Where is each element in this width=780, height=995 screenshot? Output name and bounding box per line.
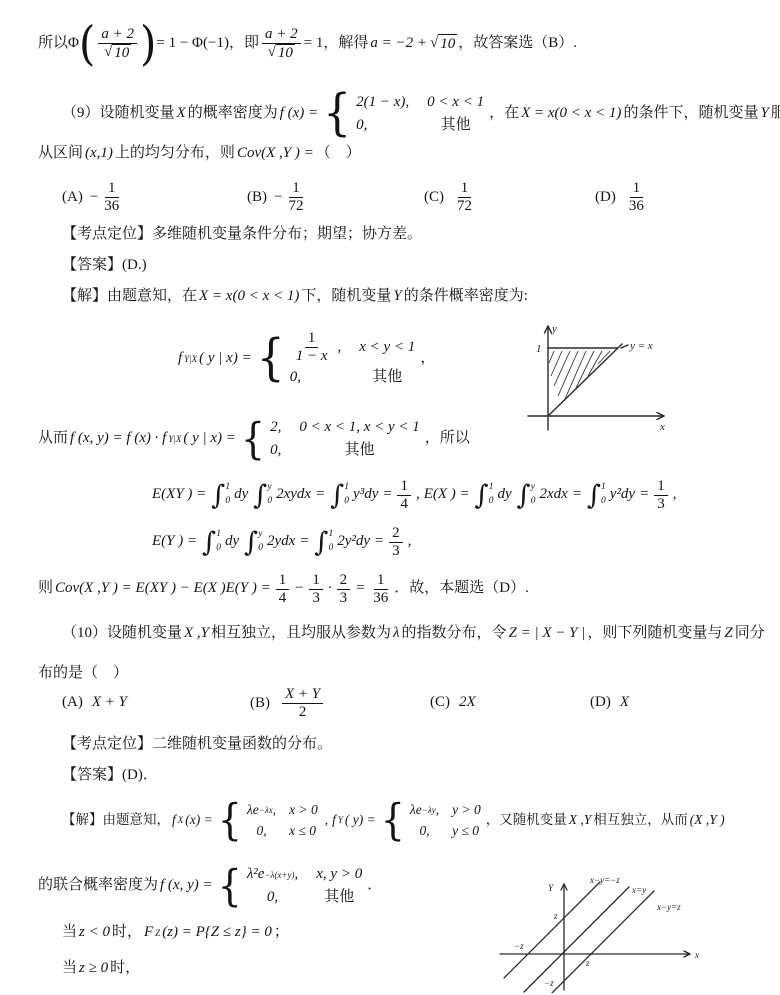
- fraction-a-plus-2-over-sqrt10-2: a + 2 √10: [262, 26, 301, 62]
- integral: ∫10: [330, 481, 351, 510]
- option-fraction: X + Y2: [280, 686, 325, 721]
- line-x-minus-y-equals-z: [552, 891, 654, 993]
- q9-joint-density-line: 从而 f (x, y) = f (x) · fY|X ( y | x) = { …: [38, 412, 470, 466]
- fig2-label-bottom-line: x−y=z: [656, 902, 681, 912]
- piecewise-joint-density: { 2, 0 < x < 1, x < y < 1 0, 其他: [241, 418, 422, 460]
- document-page: 所以 Φ ( a + 2 √10 ) = 1 − Φ(−1)，即 a + 2 √…: [0, 0, 780, 995]
- fig2-tick-negz-on-x: −z: [514, 941, 524, 951]
- piecewise-conditional-density: { 11 − x , x < y < 1 0, 其他: [257, 330, 418, 387]
- fig2-label-middle-line: x=y: [631, 885, 646, 895]
- q9-exam-point-line: 【考点定位】多维随机变量条件分布；期望；协方差。: [62, 225, 422, 245]
- integral: ∫10: [211, 481, 232, 510]
- q9-stem-line1: （9）设随机变量 X 的概率密度为 f (x) = { 2(1 − x), 0 …: [62, 86, 780, 142]
- piecewise-fy-density: { λe−λy, y > 0 0, y ≤ 0: [381, 801, 483, 839]
- q9-answer-line: 【答案】(D.): [62, 256, 147, 276]
- math-solve-a: a = −2 +: [370, 34, 427, 54]
- fig1-tick-1: 1: [536, 343, 542, 355]
- integral: ∫10: [314, 528, 335, 557]
- q10-option-a: (A) X + Y: [62, 694, 129, 711]
- option-label: (C): [424, 189, 444, 206]
- option-value: X: [620, 694, 629, 711]
- q10-stem-line2: 布的是（ ）: [38, 663, 128, 685]
- label-leader: [621, 345, 628, 348]
- option-label: (A): [62, 694, 83, 711]
- q10-joint-density-line: 的联合概率密度为 f (x, y) = { λ²e−λ(x+y), x, y >…: [38, 858, 382, 914]
- fig1-y-axis-label: y: [551, 323, 557, 335]
- q9-stem-line2: 从区间 (x,1) 上的均匀分布，则 Cov(X ,Y ) = （ ）: [38, 143, 361, 165]
- option-fraction: 172: [454, 180, 475, 215]
- parallel-lines-svg: Y x x−y=−z x=y x−y=z z −z z −z: [494, 874, 706, 993]
- sqrt-10: √10: [430, 34, 457, 55]
- fraction: 23: [389, 525, 403, 560]
- fig2-y-axis-label: Y: [548, 883, 554, 893]
- line-y-equals-x: [548, 344, 622, 416]
- option-label: (D): [590, 694, 611, 711]
- q10-answer-line: 【答案】(D)．: [62, 766, 158, 786]
- left-brace: {: [241, 420, 265, 458]
- line-x-equals-y: [524, 887, 629, 992]
- q9-conditional-density-formula: fY|X ( y | x) = { 11 − x , x < y < 1 0, …: [176, 326, 435, 392]
- fraction: 13: [309, 572, 323, 607]
- option-label: (C): [430, 694, 450, 711]
- integral: ∫y0: [244, 528, 265, 557]
- q10-stem-line1: （10）设随机变量 X ,Y 相互独立，且均服从参数为 λ 的指数分布，令 Z …: [62, 622, 765, 646]
- integral: ∫10: [587, 481, 608, 510]
- hatching: [549, 351, 610, 399]
- parallel-lines-figure: Y x x−y=−z x=y x−y=z z −z z −z: [494, 874, 706, 993]
- left-brace: {: [257, 337, 285, 381]
- piecewise-joint-density-q10: { λ²e−λ(x+y), x, y > 0 0, 其他: [218, 865, 365, 907]
- fig2-tick-negz-on-y: −z: [544, 978, 554, 988]
- fig2-tick-z-on-y: z: [553, 911, 558, 921]
- option-sign: −: [90, 189, 98, 206]
- option-label: (A): [62, 189, 83, 206]
- fraction: 136: [370, 572, 391, 607]
- big-paren-close: ): [140, 24, 156, 64]
- q8-conclusion-line: 所以 Φ ( a + 2 √10 ) = 1 − Φ(−1)，即 a + 2 √…: [38, 16, 577, 72]
- fraction: 14: [397, 478, 411, 513]
- integral: ∫10: [475, 481, 496, 510]
- q9-expectation-line1: E(XY ) = ∫10dy ∫y02xydx = ∫10y³dy = 14 ,…: [150, 474, 678, 516]
- q9-solution-intro-line: 【解】由题意知，在 X = x(0 < x < 1) 下，随机变量 Y 的条件概…: [62, 287, 528, 307]
- option-fraction: 136: [626, 180, 647, 215]
- option-value: 2X: [459, 694, 476, 711]
- q9-expectation-line2: E(Y ) = ∫10dy ∫y02ydx = ∫102y²dy = 23 ,: [150, 521, 413, 563]
- left-brace: {: [381, 801, 405, 839]
- triangle-region-figure: y 1 y = x x: [524, 318, 672, 436]
- q10-solution-densities-line: 【解】由题意知， fX (x) = { λe−λx, x > 0 0, x ≤ …: [62, 792, 727, 848]
- integral: ∫y0: [517, 481, 538, 510]
- text-suoyi: 所以: [38, 34, 68, 54]
- left-brace: {: [218, 801, 242, 839]
- fraction-1-over-1-minus-x: 11 − x: [291, 330, 333, 365]
- option-value: X + Y: [92, 694, 127, 711]
- fig1-x-axis-label: x: [659, 421, 665, 433]
- q9-option-d: (D) 136: [595, 180, 650, 215]
- q9-option-c: (C) 172: [424, 180, 478, 215]
- phi-symbol: Φ: [68, 34, 79, 54]
- fraction: 14: [276, 572, 290, 607]
- option-label: (D): [595, 189, 616, 206]
- fraction: 13: [654, 478, 668, 513]
- q10-option-b: (B) X + Y2: [250, 686, 328, 721]
- left-brace: {: [218, 867, 242, 905]
- big-paren-open: (: [79, 24, 95, 64]
- radical-sign: √: [268, 44, 276, 61]
- fig2-tick-z-on-x: z: [585, 958, 590, 968]
- q10-option-c: (C) 2X: [430, 694, 478, 711]
- text-answer-b: ，故答案选（B）.: [458, 34, 577, 54]
- fig2-x-axis-label: x: [694, 950, 699, 960]
- q10-case-z-nonnegative-line: 当 z ≥ 0 时，: [62, 958, 140, 980]
- q9-covariance-conclusion-line: 则 Cov(X ,Y ) = E(XY ) − E(X )E(Y ) = 14 …: [38, 566, 529, 612]
- left-brace: {: [323, 92, 351, 136]
- piecewise-fx-density: { λe−λx, x > 0 0, x ≤ 0: [218, 801, 320, 839]
- option-label: (B): [247, 189, 267, 206]
- fraction-a-plus-2-over-sqrt10: a + 2 √10: [98, 26, 137, 62]
- integral: ∫10: [202, 528, 223, 557]
- q10-case-z-negative-line: 当 z < 0 时， FZ (z) = P{Z ≤ z} = 0 ；: [62, 922, 289, 944]
- text-eq1: = 1 − Φ(−1)，即: [156, 34, 259, 54]
- q9-option-b: (B) − 172: [247, 180, 309, 215]
- option-fraction: 172: [285, 180, 306, 215]
- fraction: 23: [337, 572, 351, 607]
- fig1-line-label: y = x: [629, 340, 653, 352]
- q9-option-a: (A) − 136: [62, 180, 125, 215]
- q10-exam-point-line: 【考点定位】二维随机变量函数的分布。: [62, 735, 332, 755]
- option-sign: −: [274, 189, 282, 206]
- q10-option-d: (D) X: [590, 694, 631, 711]
- fig2-label-top-line: x−y=−z: [589, 875, 620, 885]
- option-label: (B): [250, 695, 270, 712]
- text-eq2: = 1，解得: [304, 34, 369, 54]
- piecewise-f-of-x: { 2(1 − x), 0 < x < 1 0, 其他: [323, 93, 486, 135]
- integral: ∫y0: [253, 481, 274, 510]
- option-fraction: 136: [101, 180, 122, 215]
- radical-sign: √: [104, 44, 112, 61]
- triangle-region-svg: y 1 y = x x: [524, 318, 672, 436]
